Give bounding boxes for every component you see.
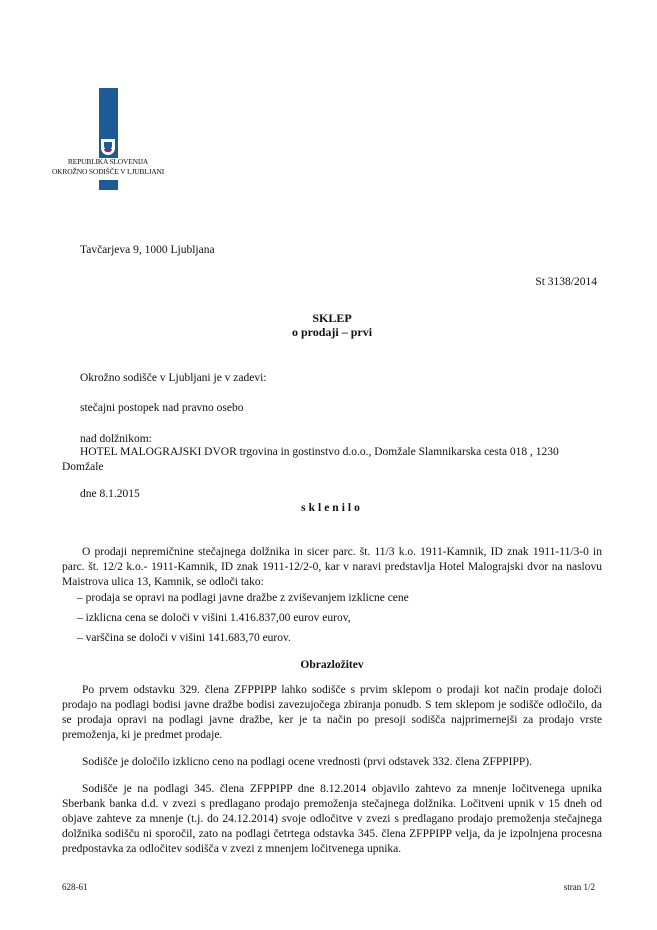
reasoning-heading: Obrazložitev [62, 659, 602, 671]
reasoning-paragraph: Sodišče je na podlagi 345. člena ZFPPIPP… [62, 782, 602, 857]
document-subtitle: o prodaji – prvi [62, 325, 602, 340]
coat-of-arms-icon [101, 139, 115, 155]
case-number: St 3138/2014 [535, 276, 597, 288]
logo-bar-bottom [99, 180, 118, 190]
intro-court: Okrožno sodišče v Ljubljani je v zadevi: [80, 372, 560, 384]
page-number: stran 1/2 [564, 882, 595, 892]
reasoning-paragraph: Po prvem odstavku 329. člena ZFPPIPP lah… [62, 683, 602, 743]
decided-heading: sklenilo [62, 502, 602, 514]
decision-date: dne 8.1.2015 [80, 488, 560, 500]
decision-item: – izklicna cena se določi v višini 1.416… [77, 612, 351, 624]
decision-item: – prodaja se opravi na podlagi javne dra… [77, 592, 409, 604]
decision-item: – varščina se določi v višini 141.683,70… [77, 632, 291, 644]
form-code: 628-61 [62, 882, 88, 892]
debtor-label: nad dolžnikom: [80, 433, 560, 445]
logo-line-1: REPUBLIKA SLOVENIJA [48, 157, 168, 166]
decision-paragraph: O prodaji nepremičnine stečajnega dolžni… [62, 545, 602, 590]
reasoning-paragraph: Sodišče je določilo izklicno ceno na pod… [62, 755, 602, 770]
reasoning-text: Po prvem odstavku 329. člena ZFPPIPP lah… [62, 683, 602, 743]
reasoning-text: Sodišče je določilo izklicno ceno na pod… [62, 755, 602, 770]
debtor-name: HOTEL MALOGRAJSKI DVOR trgovina in gosti… [80, 446, 620, 458]
decision-text: O prodaji nepremičnine stečajnega dolžni… [62, 545, 602, 590]
intro-procedure: stečajni postopek nad pravno osebo [80, 402, 560, 414]
court-address: Tavčarjeva 9, 1000 Ljubljana [80, 244, 215, 256]
debtor-city: Domžale [62, 461, 104, 473]
logo-line-2: OKROŽNO SODIŠČE V LJUBLJANI [48, 167, 168, 176]
reasoning-text: Sodišče je na podlagi 345. člena ZFPPIPP… [62, 782, 602, 857]
document-title: SKLEP [62, 311, 602, 326]
